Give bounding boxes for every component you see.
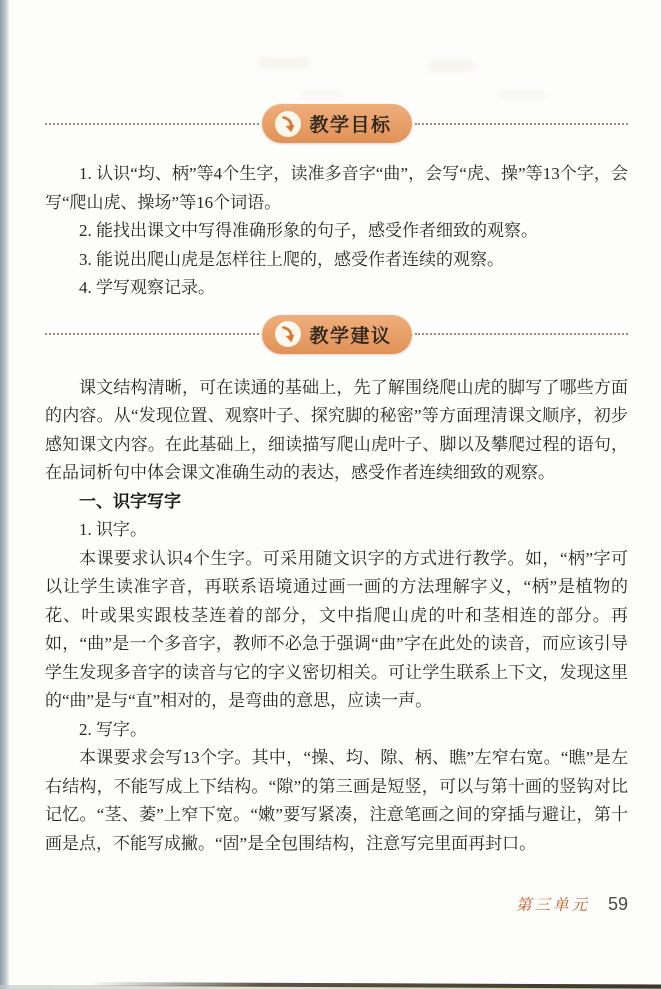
curved-down-arrow-icon [275, 111, 301, 137]
dotted-rule-left [45, 333, 259, 335]
objective-item-3: 3. 能说出爬山虎是怎样往上爬的，感受作者连续的观察。 [45, 246, 628, 275]
page-footer: 第三单元 59 [516, 893, 628, 915]
literacy-item-label: 1. 识字。 [45, 516, 628, 545]
objectives-badge: 教学目标 [262, 104, 412, 143]
objective-item-2: 2. 能找出课文中写得准确形象的句子，感受作者细致的观察。 [45, 217, 628, 246]
section-teaching-suggestions: 教学建议 课文结构清晰，可在读通的基础上，先了解围绕爬山虎的脚写了哪些方面的内容… [45, 315, 628, 859]
section-header-objectives: 教学目标 [45, 104, 628, 143]
dotted-rule-right [415, 123, 629, 125]
section-teaching-objectives: 教学目标 1. 认识“均、柄”等4个生字，读准多音字“曲”，会写“虎、操”等13… [45, 104, 628, 303]
suggestions-intro-paragraph: 课文结构清晰，可在读通的基础上，先了解围绕爬山虎的脚写了哪些方面的内容。从“发现… [45, 374, 628, 488]
literacy-reading-paragraph: 本课要求认识4个生字。可采用随文识字的方式进行教学。如，“柄”字可以让学生读准字… [45, 545, 628, 716]
page-content: 教学目标 1. 认识“均、柄”等4个生字，读准多音字“曲”，会写“虎、操”等13… [0, 0, 661, 858]
objective-item-1: 1. 认识“均、柄”等4个生字，读准多音字“曲”，会写“虎、操”等13个字，会写… [45, 160, 628, 217]
dotted-rule-right [415, 333, 629, 335]
suggestions-badge-label: 教学建议 [310, 321, 392, 348]
dotted-rule-left [45, 123, 259, 125]
book-page: 教学目标 1. 认识“均、柄”等4个生字，读准多音字“曲”，会写“虎、操”等13… [0, 0, 661, 989]
curved-down-arrow-icon [275, 321, 301, 347]
writing-item-label: 2. 写字。 [45, 716, 628, 745]
writing-paragraph: 本课要求会写13个字。其中，“操、均、隙、柄、瞧”左窄右宽。“瞧”是左右结构，不… [45, 744, 628, 858]
subsection-heading-literacy: 一、识字写字 [45, 488, 628, 517]
page-number: 59 [608, 894, 628, 915]
suggestions-body: 课文结构清晰，可在读通的基础上，先了解围绕爬山虎的脚写了哪些方面的内容。从“发现… [45, 374, 628, 859]
objective-item-4: 4. 学写观察记录。 [45, 274, 628, 303]
suggestions-badge: 教学建议 [262, 315, 412, 354]
unit-label: 第三单元 [516, 893, 590, 915]
objectives-body: 1. 认识“均、柄”等4个生字，读准多音字“曲”，会写“虎、操”等13个字，会写… [45, 160, 628, 303]
section-header-suggestions: 教学建议 [45, 315, 628, 354]
objectives-badge-label: 教学目标 [310, 110, 392, 137]
